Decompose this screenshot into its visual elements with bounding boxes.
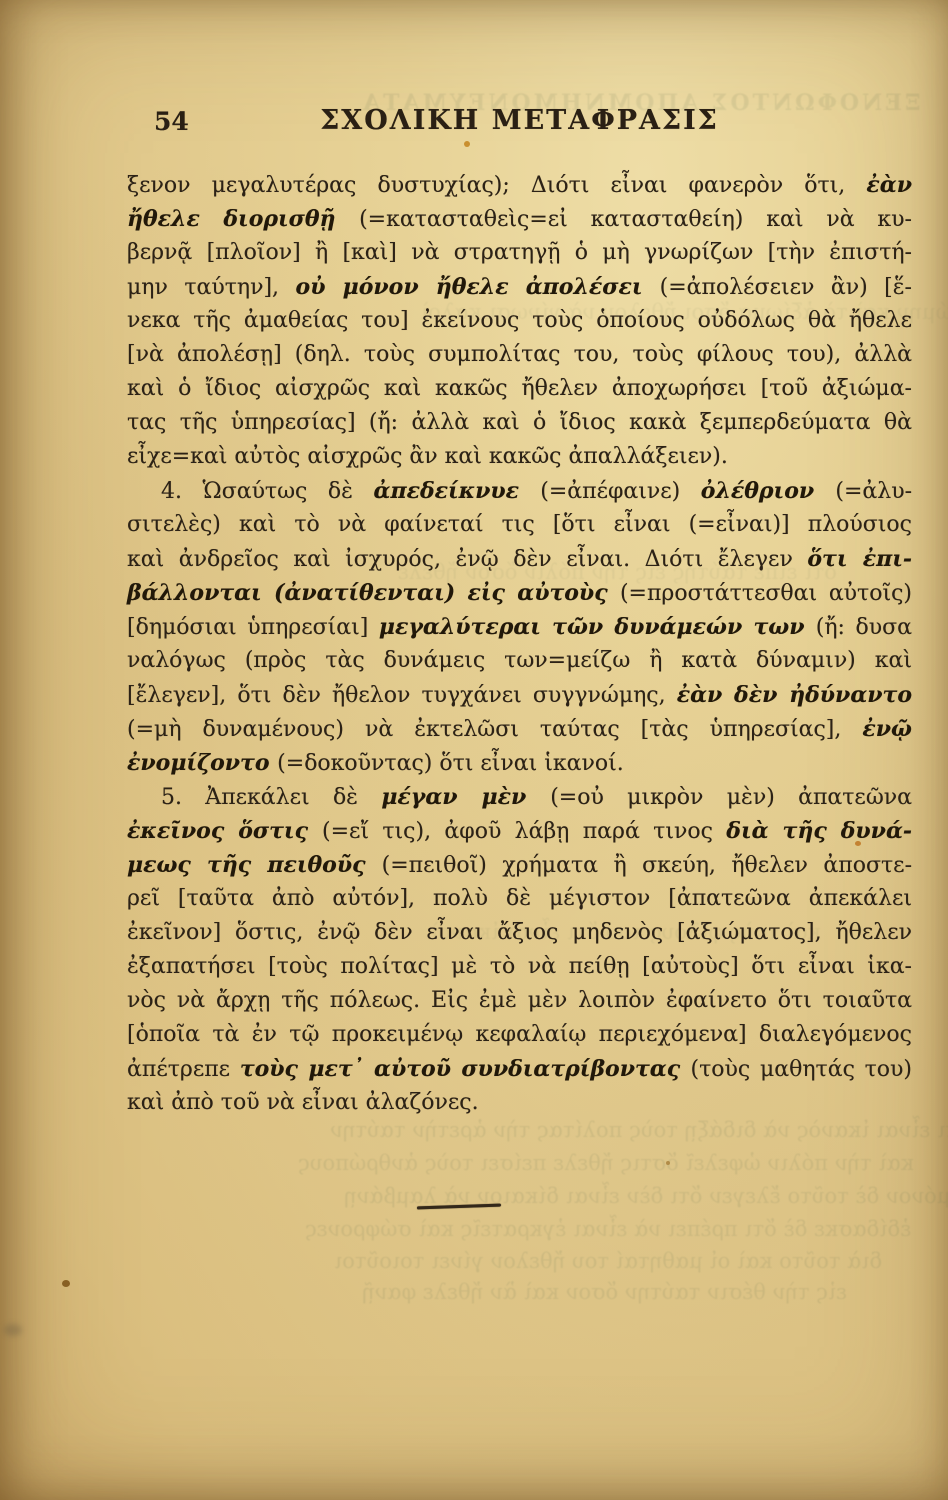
text-line: βερνᾷ [πλοῖον] ἢ [καὶ] νὰ στρατηγῇ ὁ μὴ … — [127, 236, 912, 270]
text-line: νεκα τῆς ἀμαθείας του] ἐκείνους τοὺς ὁπο… — [127, 304, 912, 338]
plain-text: εἶχε=καὶ αὐτὸς αἰσχρῶς ἂν καὶ κακῶς ἀπαλ… — [127, 444, 728, 469]
plain-text: [δημόσιαι ὑπηρεσίαι] — [127, 615, 379, 640]
emphasized-text: ἐνομίζοντο — [127, 750, 277, 776]
ink-speck — [464, 141, 470, 147]
plain-text: (=προστάττεσθαι αὐτοῖς) — [620, 581, 912, 606]
plain-text: (=πειθοῖ) χρήματα ἢ σκεύη, ἤθελεν ἀποστε… — [382, 853, 912, 878]
ink-speck — [855, 841, 861, 846]
emphasized-text: τοὺς μετ᾽ αὐτοῦ συνδιατρίβοντας — [240, 1056, 691, 1082]
plain-text: μην ταύτην], — [127, 275, 296, 300]
text-line: καὶ ἀνδρεῖος καὶ ἰσχυρός, ἐνῷ δὲν εἶναι.… — [127, 542, 912, 576]
text-line: ἤθελε διορισθῇ (=κατασταθεὶς=εἰ κατασταθ… — [127, 202, 912, 236]
plain-text: [ὁποῖα τὰ ἐν τῷ προκειμένῳ κεφαλαίῳ περι… — [127, 1022, 912, 1047]
emphasized-text: ἀπεδείκνυε — [374, 478, 541, 504]
bleedthrough-line: ὅτι εἶναι ἱκανὸς νὰ διδάξῃ τοὺς πολίτας … — [330, 1118, 948, 1142]
paragraph: ξενον μεγαλυτέρας δυστυχίας); Διότι εἶνα… — [127, 168, 912, 474]
text-line: [δημόσιαι ὑπηρεσίαι] μεγαλύτεραι τῶν δυν… — [127, 610, 912, 644]
bleedthrough-line: εἰς τὴν θέσιν ταύτην ὅσον καὶ ἂν ἤθελε φ… — [362, 1280, 847, 1304]
plain-text: (=μὴ δυναμένους) νὰ ἐκτελῶσι ταύτας [τὰς… — [127, 717, 862, 742]
text-line: τας τῆς ὑπηρεσίας] (ἤ: ἀλλὰ καὶ ὁ ἴδιος … — [127, 406, 912, 440]
plain-text: (=ἀπέφαινε) — [540, 479, 701, 504]
emphasized-text: ἐκεῖνος ὅστις — [127, 818, 322, 844]
plain-text: (=κατασταθεὶς=εἰ κατασταθείη) καὶ νὰ κυ- — [359, 207, 912, 232]
text-line: [ἔλεγεν], ὅτι δὲν ἤθελον τυγχάνει συγγνώ… — [127, 678, 912, 712]
emphasized-text: μέγαν μὲν — [381, 784, 550, 810]
text-line: ἐξαπατήσει [τοὺς πολίτας] μὲ τὸ νὰ πείθῃ… — [127, 950, 912, 984]
plain-text: (ἤ: δυσα — [816, 615, 912, 640]
plain-text: σιτελὲς) καὶ τὸ νὰ φαίνεταί τις [ὅτι εἶν… — [127, 512, 912, 537]
plain-text: ναλόγως (πρὸς τὰς δυνάμεις των=μείζω ἢ κ… — [127, 648, 912, 673]
plain-text: (=εἴ τις), ἀφοῦ λάβῃ παρά τινος — [322, 819, 726, 844]
plain-text: [ἔλεγεν], ὅτι δὲν ἤθελον τυγχάνει συγγνώ… — [127, 683, 677, 708]
text-line: ἐκεῖνος ὅστις (=εἴ τις), ἀφοῦ λάβῃ παρά … — [127, 814, 912, 848]
plain-text: ρεῖ [ταῦτα ἀπὸ αὐτόν], πολὺ δὲ μέγιστον … — [127, 886, 912, 911]
emphasized-text: μεγαλύτεραι τῶν δυνάμεών των — [379, 614, 816, 640]
plain-text: (=οὐ μικρὸν μὲν) ἀπατεῶνα — [550, 785, 912, 810]
emphasized-text: ὅτι ἐπι- — [807, 546, 912, 572]
plain-text: [νὰ ἀπολέσῃ] (δηλ. τοὺς συμπολίτας του, … — [127, 342, 912, 367]
text-line: ἀπέτρεπε τοὺς μετ᾽ αὐτοῦ συνδιατρίβοντας… — [127, 1052, 912, 1086]
page-title: ΣΧΟΛΙΚΗ ΜΕΤΑΦΡΑΣΙΣ — [127, 105, 912, 136]
text-line: [νὰ ἀπολέσῃ] (δηλ. τοὺς συμπολίτας του, … — [127, 338, 912, 372]
emphasized-text: ὀλέθριον — [701, 478, 836, 504]
text-line: ρεῖ [ταῦτα ἀπὸ αὐτόν], πολὺ δὲ μέγιστον … — [127, 882, 912, 916]
plain-text: (=ἀλυ- — [835, 479, 912, 504]
ink-speck — [666, 1161, 670, 1165]
text-line: ξενον μεγαλυτέρας δυστυχίας); Διότι εἶνα… — [127, 168, 912, 202]
plain-text: (=δοκοῦντας) ὅτι εἶναι ἱκανοί. — [277, 751, 624, 776]
text-line: 5. Ἀπεκάλει δὲ μέγαν μὲν (=οὐ μικρὸν μὲν… — [127, 780, 912, 814]
plain-text: ξενον μεγαλυτέρας δυστυχίας); Διότι εἶνα… — [127, 173, 866, 198]
emphasized-text: ἐνῷ — [862, 716, 912, 742]
emphasized-text: οὐ μόνον ἤθελε ἀπολέσει — [296, 274, 660, 300]
emphasized-text: ἐὰν — [866, 172, 912, 198]
emphasized-text: ἐὰν δὲν ἠδύναντο — [677, 682, 912, 708]
plain-text: καὶ ἀπὸ τοῦ νὰ εἶναι ἀλαζόνες. — [127, 1090, 479, 1115]
text-line: καὶ ὁ ἴδιος αἰσχρῶς καὶ κακῶς ἤθελεν ἀπο… — [127, 372, 912, 406]
ink-speck — [62, 1280, 70, 1287]
text-line: σιτελὲς) καὶ τὸ νὰ φαίνεταί τις [ὅτι εἶν… — [127, 508, 912, 542]
emphasized-text: ἤθελε διορισθῇ — [127, 206, 359, 232]
plain-text: (τοὺς μαθητάς του) — [691, 1057, 912, 1082]
text-line: [ὁποῖα τὰ ἐν τῷ προκειμένῳ κεφαλαίῳ περι… — [127, 1018, 912, 1052]
plain-text: ἐξαπατήσει [τοὺς πολίτας] μὲ τὸ νὰ πείθῃ… — [127, 954, 912, 979]
emphasized-text: βάλλονται (ἀνατίθενται) εἰς αὐτοὺς — [127, 580, 620, 606]
paragraph: 5. Ἀπεκάλει δὲ μέγαν μὲν (=οὐ μικρὸν μὲν… — [127, 780, 912, 1120]
book-page: ΞΕΝΟΦΩΝΤΟΣ ΑΠΟΜΝΗΜΟΝΕΥΜΑΤΑὅτι εἶναι ἱκαν… — [0, 0, 948, 1500]
plain-text: 4. Ὡσαύτως δὲ — [161, 479, 374, 504]
text-line: εἶχε=καὶ αὐτὸς αἰσχρῶς ἂν καὶ κακῶς ἀπαλ… — [127, 440, 912, 474]
bleedthrough-line: ἐδίδασκε δὲ ὅτι πρέπει νὰ εἶναι ἐγκρατεῖ… — [305, 1217, 911, 1241]
plain-text: ἐκεῖνον] ὅστις, ἐνῷ δὲν εἶναι ἄξιος μηδε… — [127, 920, 912, 945]
text-line: νὸς νὰ ἄρχῃ τῆς πόλεως. Εἰς ἐμὲ μὲν λοιπ… — [127, 984, 912, 1018]
plain-text: ἀπέτρεπε — [127, 1057, 240, 1082]
plain-text: βερνᾷ [πλοῖον] ἢ [καὶ] νὰ στρατηγῇ ὁ μὴ … — [127, 240, 912, 265]
text-line: μην ταύτην], οὐ μόνον ἤθελε ἀπολέσει (=ἀ… — [127, 270, 912, 304]
bleedthrough-line: διὰ τοῦτο καὶ οἱ μαθηταί του ἤθελον γίνε… — [334, 1249, 882, 1273]
text-line: 4. Ὡσαύτως δὲ ἀπεδείκνυε (=ἀπέφαινε) ὀλέ… — [127, 474, 912, 508]
text-line: (=μὴ δυναμένους) νὰ ἐκτελῶσι ταύτας [τὰς… — [127, 712, 912, 746]
plain-text: (=ἀπολέσειεν ἂν) [ἕ- — [660, 275, 912, 300]
bleedthrough-line: καὶ τὴν πόλιν ὠφελεῖ ὅστις ἤθελε πείσει … — [298, 1151, 914, 1175]
bleedthrough-line: μόνον δὲ τοῦτο ἔλεγεν ὅτι δὲν εἶναι δίκα… — [344, 1184, 948, 1208]
plain-text: νὸς νὰ ἄρχῃ τῆς πόλεως. Εἰς ἐμὲ μὲν λοιπ… — [127, 988, 912, 1013]
paragraph: 4. Ὡσαύτως δὲ ἀπεδείκνυε (=ἀπέφαινε) ὀλέ… — [127, 474, 912, 780]
emphasized-text: μεως τῆς πειθοῦς — [127, 852, 382, 878]
plain-text: καὶ ἀνδρεῖος καὶ ἰσχυρός, ἐνῷ δὲν εἶναι.… — [127, 547, 807, 572]
text-line: βάλλονται (ἀνατίθενται) εἰς αὐτοὺς (=προ… — [127, 576, 912, 610]
plain-text: 5. Ἀπεκάλει δὲ — [161, 785, 381, 810]
text-line: ἐκεῖνον] ὅστις, ἐνῷ δὲν εἶναι ἄξιος μηδε… — [127, 916, 912, 950]
text-line: καὶ ἀπὸ τοῦ νὰ εἶναι ἀλαζόνες. — [127, 1086, 912, 1120]
plain-text: καὶ ὁ ἴδιος αἰσχρῶς καὶ κακῶς ἤθελεν ἀπο… — [127, 376, 912, 401]
paper-smudge — [4, 1324, 22, 1336]
plain-text: νεκα τῆς ἀμαθείας του] ἐκείνους τοὺς ὁπο… — [127, 308, 912, 333]
emphasized-text: διὰ τῆς δυνά- — [726, 818, 912, 844]
text-line: ἐνομίζοντο (=δοκοῦντας) ὅτι εἶναι ἱκανοί… — [127, 746, 912, 780]
body-text: ξενον μεγαλυτέρας δυστυχίας); Διότι εἶνα… — [127, 168, 912, 1120]
plain-text: τας τῆς ὑπηρεσίας] (ἤ: ἀλλὰ καὶ ὁ ἴδιος … — [127, 410, 912, 435]
text-line: μεως τῆς πειθοῦς (=πειθοῖ) χρήματα ἢ σκε… — [127, 848, 912, 882]
text-line: ναλόγως (πρὸς τὰς δυνάμεις των=μείζω ἢ κ… — [127, 644, 912, 678]
